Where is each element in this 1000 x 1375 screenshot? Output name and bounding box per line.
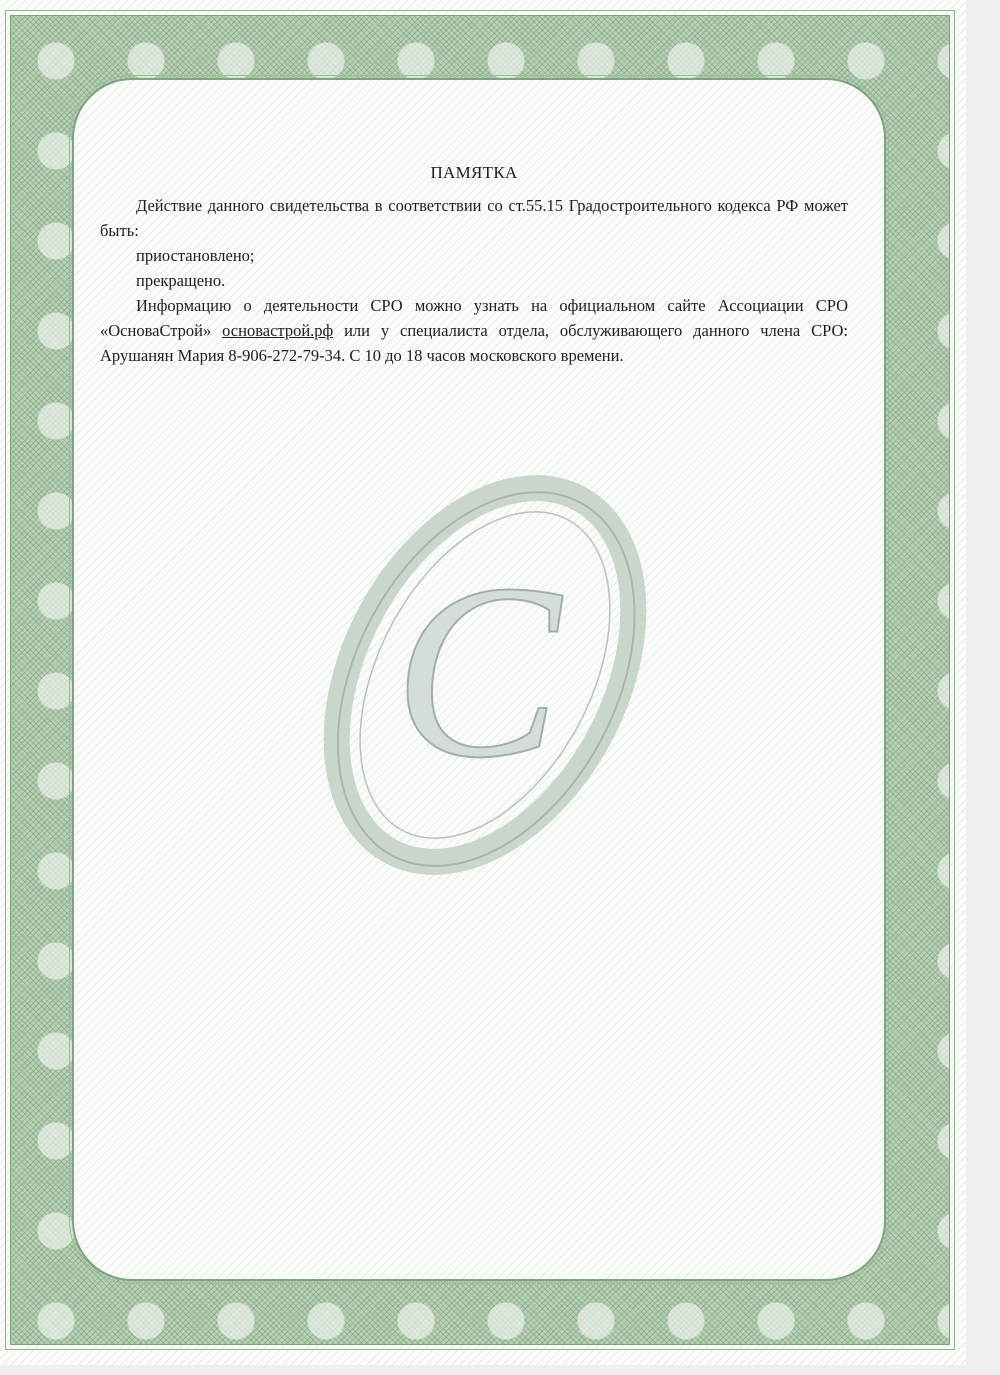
copyright-c-emblem-icon: C (285, 470, 685, 880)
list-item-suspended: приостановлено; (100, 243, 848, 268)
svg-text:C: C (394, 533, 564, 810)
paragraph-contact: Информацию о деятельности СРО можно узна… (100, 293, 848, 368)
paragraph-validity: Действие данного свидетельства в соответ… (100, 193, 848, 243)
certificate-page: C ПАМЯТКА Действие данного свидетельства… (0, 0, 966, 1365)
memo-title: ПАМЯТКА (100, 160, 848, 185)
memo-text: ПАМЯТКА Действие данного свидетельства в… (100, 160, 848, 368)
list-item-terminated: прекращено. (100, 268, 848, 293)
website-link[interactable]: основастрой.рф (222, 321, 333, 340)
